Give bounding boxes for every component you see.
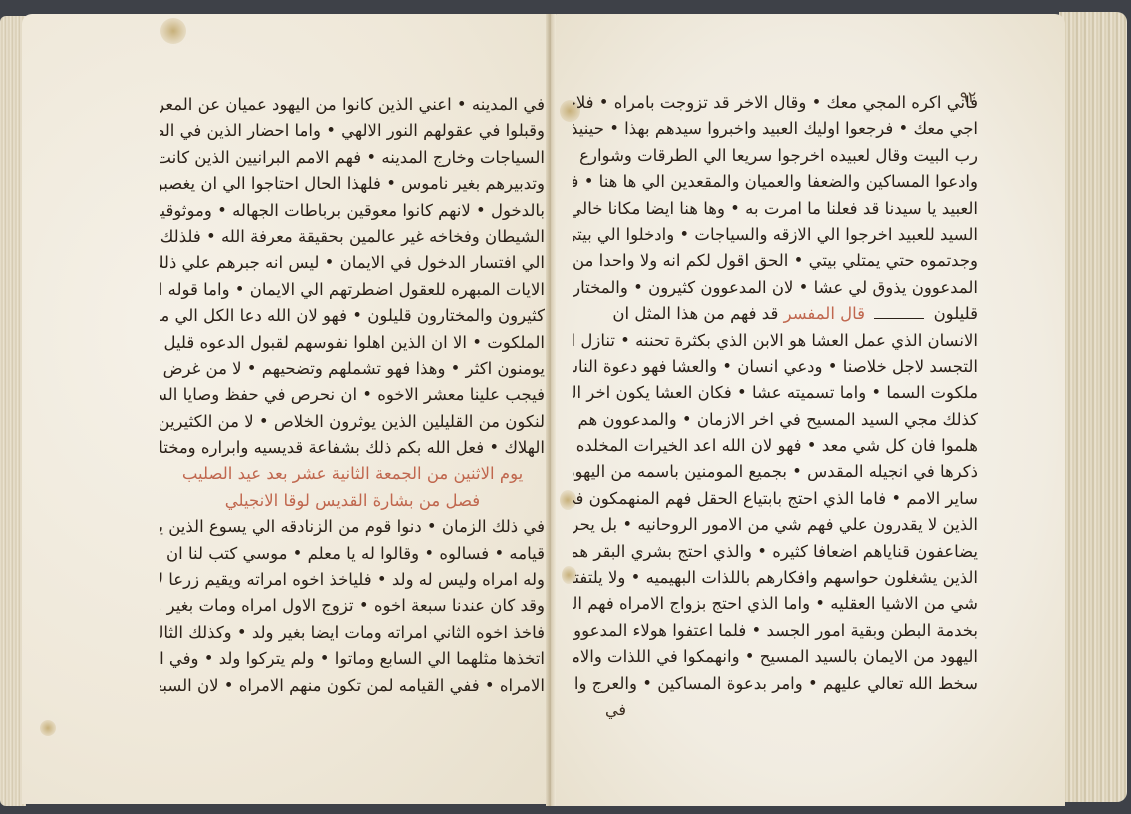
text-line: فيجب علينا معشر الاخوه • ان نحرص في حفظ … [160,382,545,408]
text-line: وتدبيرهم بغير ناموس • فلهذا الحال احتاجو… [160,171,545,197]
text-line: في ذلك الزمان • دنوا قوم من الزنادقه الي… [160,514,545,540]
catchword: في [605,700,626,719]
text-line: كثيرون والمختارون قليلون • فهو لان الله … [160,303,545,329]
book-gutter [546,14,556,806]
text-line: العبيد يا سيدنا قد فعلنا ما امرت به • وه… [573,196,978,222]
text-line: التجسد لاجل خلاصنا • ودعي انسان • والعشا… [573,354,978,380]
text-line: اجي معك • فرجعوا اوليك العبيد واخبروا سي… [573,116,978,142]
text-line: السياجات وخارج المدينه • فهم الامم البرا… [160,145,545,171]
text-line: هلموا فان كل شي معد • فهو لان الله اعد ا… [573,433,978,459]
text-line: سخط الله تعالي عليهم • وامر بدعوة المساك… [573,671,978,697]
text-line: بالدخول • لانهم كانوا معوقين برباطات الج… [160,198,545,224]
text-line: وقد كان عندنا سبعة اخوه • تزوج الاول امر… [160,593,545,619]
text-line: الذين يشغلون حواسهم وافكارهم باللذات الب… [573,565,978,591]
text-line: وله امراه وليس له ولد • فلياخذ اخوه امرا… [160,567,545,593]
right-page-text: فاني اكره المجي معك • وقال الاخر قد تزوج… [573,90,978,697]
text-line: ساير الامم • فاما الذي احتج بابتياع الحق… [573,486,978,512]
text-line: وقبلوا في عقولهم النور الالهي • واما احض… [160,118,545,144]
text-line: قيامه • فسالوه • وقالوا له يا معلم • موس… [160,541,545,567]
stain-mark [160,18,186,44]
text-line: يضاعفون قناياهم اضعافا كثيره • والذي احت… [573,539,978,565]
right-page-edges [1059,12,1127,802]
text-line: فاني اكره المجي معك • وقال الاخر قد تزوج… [573,90,978,116]
text-line: اليهود من الايمان بالسيد المسيح • وانهمك… [573,644,978,670]
text-line: الهلاك • فعل الله بكم ذلك بشفاعة قديسيه … [160,435,545,461]
text-line: الامراه • ففي القيامه لمن تكون منهم الام… [160,673,545,699]
rubric-heading: يوم الاثنين من الجمعة الثانية عشر بعد عي… [160,461,545,487]
text-line: يومنون اكثر • وهذا فهو تشملهم وتضحيهم • … [160,356,545,382]
text-line: السيد للعبيد اخرجوا الي الازقه والسياجات… [573,222,978,248]
text-line: وادعوا المساكين والضعفا والعميان والمقعد… [573,169,978,195]
inline-rubric: قال المفسر [784,304,865,323]
text-line: في المدينه • اعني الذين كانوا من اليهود … [160,92,545,118]
text-line: الشيطان وفخاخه غير عالمين بحقيقة معرفة ا… [160,224,545,250]
text-line: الي افتسار الدخول في الايمان • ليس انه ج… [160,250,545,276]
rubric-heading: فصل من بشارة القديس لوقا الانجيلي [160,488,545,514]
text-line: وجدتموه حتي يمتلي بيتي • الحق اقول لكم ا… [573,248,978,274]
text-line: الملكوت • الا ان الذين اهلوا نفوسهم لقبو… [160,330,545,356]
text-line: فاخذ اخوه الثاني امراته ومات ايضا بغير و… [160,620,545,646]
text-line: الايات المبهره للعقول اضطرتهم الي الايما… [160,277,545,303]
left-page-text: في المدينه • اعني الذين كانوا من اليهود … [160,92,545,699]
stain-mark [40,720,56,736]
text-line: رب البيت وقال لعبيده اخرجوا سريعا الي ال… [573,143,978,169]
kashida-stroke [874,318,924,319]
text-line: شي من الاشيا العقليه • واما الذي احتج بز… [573,591,978,617]
text-fragment: قليلون [934,304,978,323]
text-line: الانسان الذي عمل العشا هو الابن الذي بكث… [573,328,978,354]
text-line: ذكرها في انجيله المقدس • بجميع المومنين … [573,459,978,485]
rubric-line: قليلون قال المفسر قد فهم من هذا المثل ان [573,301,978,327]
open-manuscript: ٩٢ في المدينه • اعني الذين كانوا من اليه… [0,0,1131,814]
text-line: كذلك مجي السيد المسيح في اخر الازمان • و… [573,407,978,433]
text-line: المدعوون يذوق لي عشا • لان المدعوون كثير… [573,275,978,301]
text-line: بخدمة البطن وبقية امور الجسد • فلما اعتف… [573,618,978,644]
text-line: الذين لا يقدرون علي فهم شي من الامور الر… [573,512,978,538]
text-line: اتخذها مثلهما الي السابع وماتوا • ولم يت… [160,646,545,672]
text-fragment: قد فهم من هذا المثل ان [612,304,778,323]
text-line: لنكون من القليلين الذين يوثرون الخلاص • … [160,409,545,435]
text-line: ملكوت السما • واما تسميته عشا • فكان الع… [573,380,978,406]
